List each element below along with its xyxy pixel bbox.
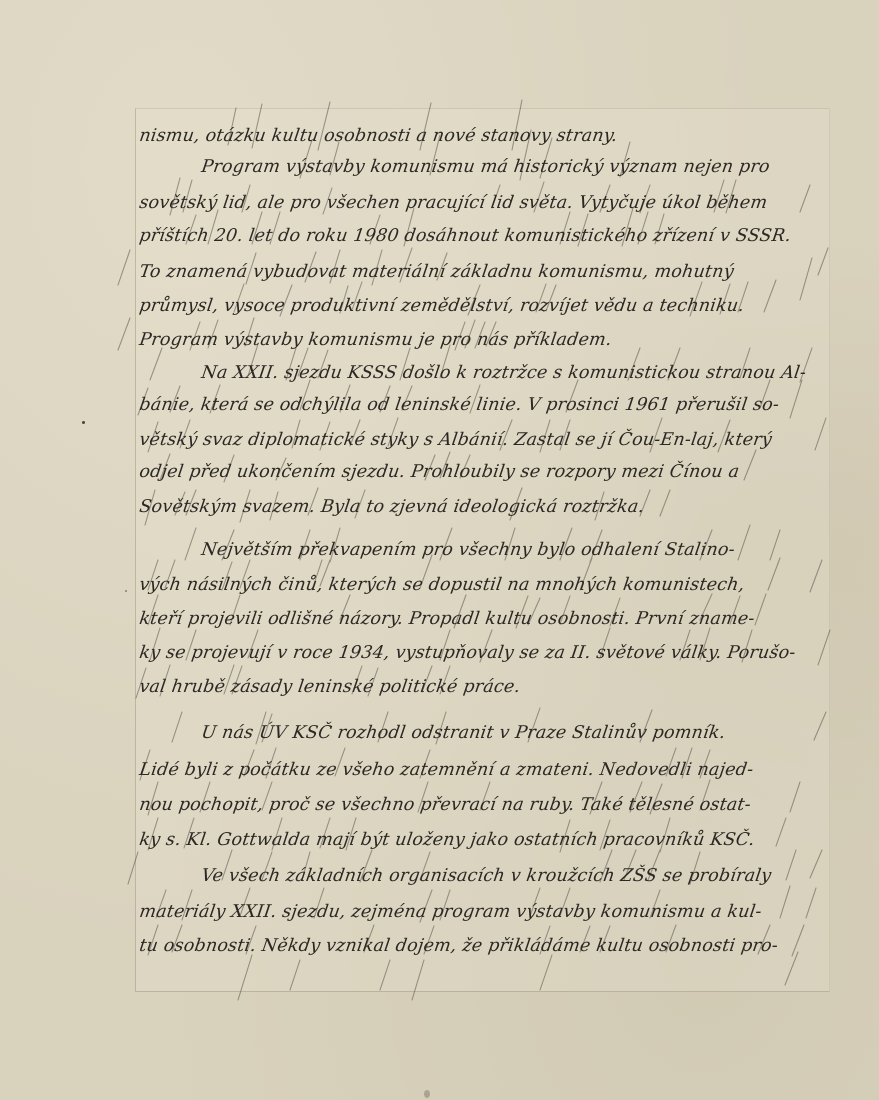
manuscript-line: tu osobnosti. Někdy vznikal dojem, že př… (138, 936, 779, 956)
manuscript-line: příštích 20. let do roku 1980 dosáhnout … (138, 226, 792, 246)
manuscript-line: Sovětským svazem. Byla to zjevná ideolog… (138, 497, 646, 517)
manuscript-line: vých násilných činů, kterých se dopustil… (138, 575, 746, 595)
manuscript-line: ky se projevují v roce 1934, vystupňoval… (138, 643, 797, 663)
manuscript-line: Ve všech základních organisacích v krouž… (200, 866, 773, 886)
manuscript-line: průmysl, vysoce produktivní zemědělství,… (138, 296, 746, 316)
manuscript-line: Na XXII. sjezdu KSSS došlo k roztržce s … (200, 363, 807, 383)
manuscript-line: větský svaz diplomatické styky s Albánií… (138, 430, 773, 450)
manuscript-line: kteří projevili odlišné názory. Propadl … (138, 609, 756, 629)
manuscript-line: Největším překvapením pro všechny bylo o… (200, 540, 736, 560)
manuscript-line: Program výstavby komunismu má historický… (200, 157, 771, 177)
manuscript-line: Program výstavby komunismu je pro nás př… (138, 330, 613, 350)
manuscript-line: sovětský lid, ale pro všechen pracující … (138, 193, 769, 213)
ink-speck (82, 421, 85, 424)
manuscript-line: nou pochopit, proč se všechno převrací n… (138, 795, 752, 815)
manuscript-line: ky s. Kl. Gottwalda mají být uloženy jak… (138, 830, 756, 850)
manuscript-line: val hrubě zásady leninské politické prác… (138, 677, 522, 697)
manuscript-line: materiály XXII. sjezdu, zejména program … (138, 902, 763, 922)
ink-speck (125, 590, 127, 592)
manuscript-line: Lidé byli z počátku ze všeho zatemnění a… (138, 760, 755, 780)
page-smudge (424, 1090, 430, 1098)
manuscript-line: nismu, otázku kultu osobnosti a nové sta… (138, 126, 619, 146)
manuscript-line: bánie, která se odchýlila od leninské li… (138, 395, 781, 415)
manuscript-line: odjel před ukončením sjezdu. Prohloubily… (138, 462, 741, 482)
scanned-page: nismu, otázku kultu osobnosti a nové sta… (0, 0, 879, 1100)
manuscript-line: To znamená vybudovat materiální základnu… (138, 262, 735, 282)
manuscript-line: U nás ÚV KSČ rozhodl odstranit v Praze S… (200, 723, 727, 743)
